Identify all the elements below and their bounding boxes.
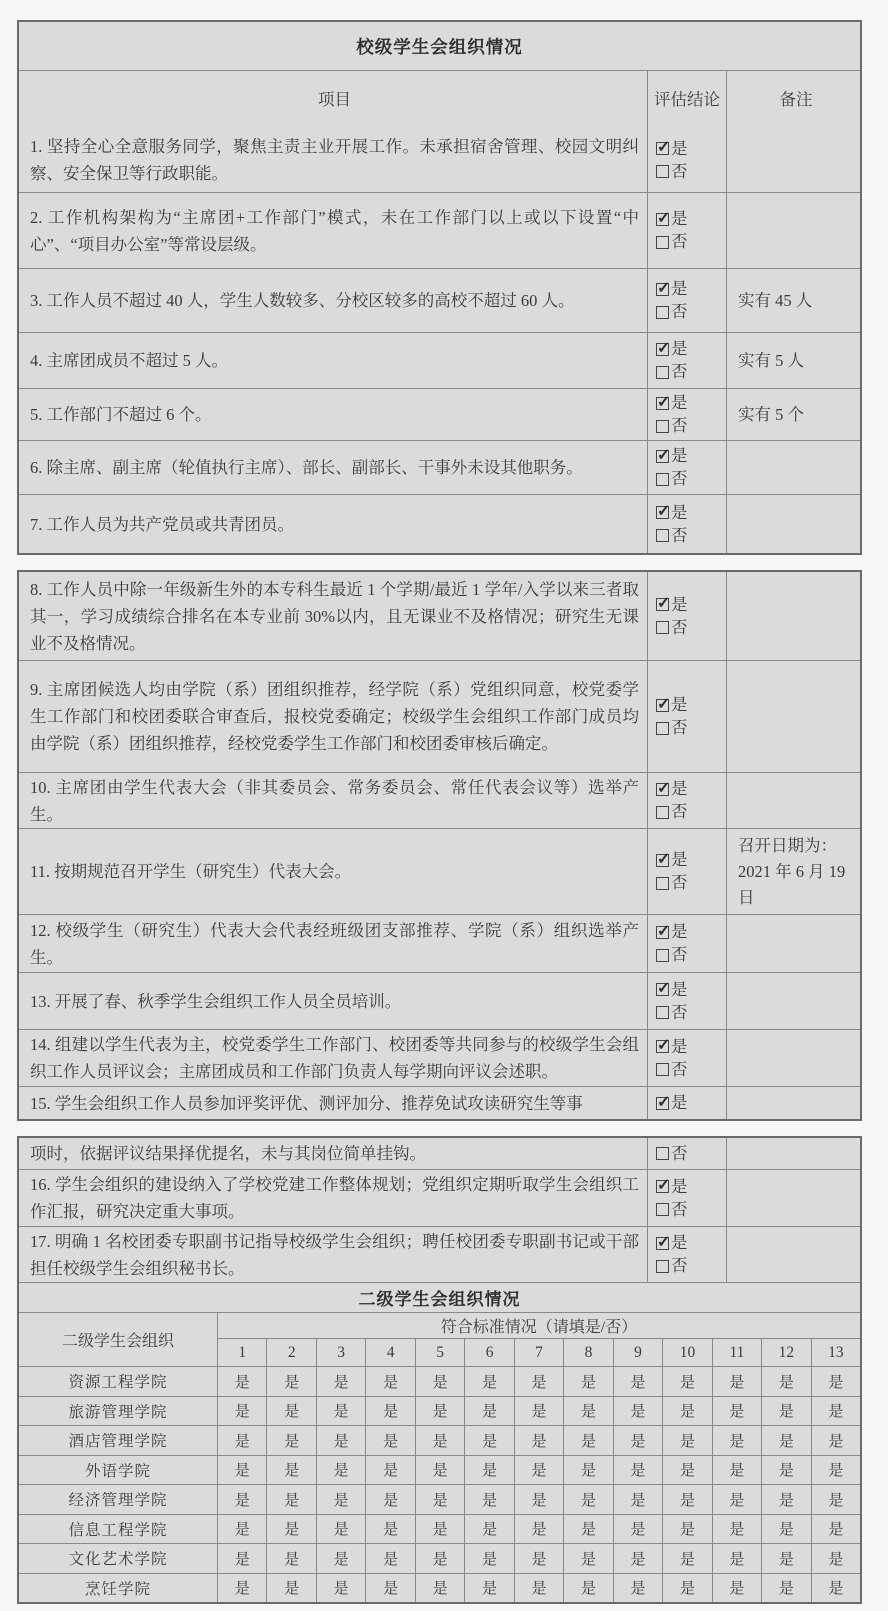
checklist-table-continued-2: 项时，依据评议结果择优提名，未与其岗位简单挂钩。否16. 学生会组织的建设纳入了… [17, 1136, 862, 1604]
college-value: 是 [514, 1397, 563, 1426]
college-value: 是 [316, 1515, 365, 1544]
option-yes[interactable]: 是 [656, 446, 726, 466]
option-yes[interactable]: 是 [656, 209, 726, 229]
option-label: 是 [671, 393, 688, 413]
college-value: 是 [712, 1544, 761, 1573]
item-text: 7. 工作人员为共产党员或共青团员。 [30, 511, 639, 538]
evaluation-cell: 是否 [648, 973, 727, 1029]
checkbox-checked-icon[interactable] [656, 1097, 669, 1110]
college-value: 是 [514, 1367, 563, 1396]
college-table-header: 二级学生会组织 符合标准情况（请填是/否） 12345678910111213 [19, 1312, 860, 1366]
option-label: 否 [671, 232, 688, 252]
option-label: 是 [671, 446, 688, 466]
item-cell: 项时，依据评议结果择优提名，未与其岗位简单挂钩。 [19, 1138, 648, 1169]
college-value: 是 [662, 1397, 711, 1426]
college-value: 是 [266, 1426, 315, 1455]
college-value: 是 [563, 1485, 612, 1514]
option-label: 否 [671, 1003, 688, 1023]
remark-cell [727, 193, 860, 268]
option-no[interactable]: 否 [656, 1003, 726, 1023]
evaluation-cell: 是否 [648, 1170, 727, 1226]
college-value: 是 [316, 1485, 365, 1514]
college-value: 是 [563, 1456, 612, 1485]
option-no[interactable]: 否 [656, 232, 726, 252]
college-value: 是 [761, 1456, 810, 1485]
header-remark-label: 备注 [780, 87, 813, 113]
evaluation-cell: 是否 [648, 915, 727, 972]
college-rows-group: 资源工程学院是是是是是是是是是是是是是旅游管理学院是是是是是是是是是是是是是酒店… [19, 1366, 860, 1602]
option-yes[interactable]: 是 [656, 393, 726, 413]
college-value: 是 [464, 1426, 513, 1455]
option-yes[interactable]: 是 [656, 339, 726, 359]
college-value: 是 [712, 1367, 761, 1396]
college-name: 经济管理学院 [19, 1485, 218, 1514]
college-value: 是 [662, 1574, 711, 1603]
criteria-number: 11 [712, 1339, 761, 1366]
option-yes[interactable]: 是 [656, 1233, 726, 1253]
college-row: 文化艺术学院是是是是是是是是是是是是是 [19, 1543, 860, 1573]
college-value: 是 [712, 1485, 761, 1514]
option-no[interactable]: 否 [656, 1060, 726, 1080]
header-remark-cell: 备注 [727, 71, 860, 128]
college-value: 是 [415, 1574, 464, 1603]
remark-cell [727, 773, 860, 828]
college-value: 是 [464, 1456, 513, 1485]
table-header-row: 项目 评估结论 备注 [19, 70, 860, 128]
college-value: 是 [662, 1485, 711, 1514]
college-name: 烹饪学院 [19, 1574, 218, 1603]
table-row: 5. 工作部门不超过 6 个。是否实有 5 个 [19, 388, 860, 440]
checkbox-empty-icon[interactable] [656, 877, 669, 890]
option-yes[interactable]: 是 [656, 1177, 726, 1197]
remark-cell [727, 1227, 860, 1282]
option-label: 否 [671, 526, 688, 546]
option-no[interactable]: 否 [656, 526, 726, 546]
remark-cell [727, 661, 860, 772]
option-no[interactable]: 否 [656, 945, 726, 965]
option-no[interactable]: 否 [656, 1256, 726, 1276]
college-value: 是 [761, 1544, 810, 1573]
item-text: 11. 按期规范召开学生（研究生）代表大会。 [30, 858, 639, 885]
college-row: 酒店管理学院是是是是是是是是是是是是是 [19, 1425, 860, 1455]
checkbox-checked-icon[interactable] [656, 343, 669, 356]
college-value: 是 [712, 1397, 761, 1426]
item-cell: 14. 组建以学生代表为主，校党委学生工作部门、校团委等共同参与的校级学生会组织… [19, 1030, 648, 1086]
college-row: 烹饪学院是是是是是是是是是是是是是 [19, 1573, 860, 1603]
college-value: 是 [266, 1367, 315, 1396]
checkbox-empty-icon[interactable] [656, 236, 669, 249]
remark-cell [727, 441, 860, 494]
option-label: 是 [671, 1037, 688, 1057]
header-evaluation-cell: 评估结论 [648, 71, 727, 128]
option-no[interactable]: 否 [656, 362, 726, 382]
option-yes[interactable]: 是 [656, 595, 726, 615]
checkbox-empty-icon[interactable] [656, 806, 669, 819]
college-row: 外语学院是是是是是是是是是是是是是 [19, 1455, 860, 1485]
college-value: 是 [365, 1456, 414, 1485]
remark-cell [727, 1087, 860, 1119]
option-label: 否 [671, 873, 688, 893]
header-item-label: 项目 [318, 87, 351, 113]
checkbox-checked-icon[interactable] [656, 926, 669, 939]
item-text: 2. 工作机构架构为“主席团+工作部门”模式，未在工作部门以上或以下设置“中心”… [30, 204, 639, 258]
option-no[interactable]: 否 [656, 718, 726, 738]
criteria-number: 13 [811, 1339, 860, 1366]
option-no[interactable]: 否 [656, 416, 726, 436]
item-cell: 15. 学生会组织工作人员参加评奖评优、测评加分、推荐免试攻读研究生等事 [19, 1087, 648, 1119]
college-value: 是 [811, 1544, 860, 1573]
evaluation-cell: 是否 [648, 572, 727, 660]
table-row: 13. 开展了春、秋季学生会组织工作人员全员培训。是否 [19, 972, 860, 1029]
college-value: 是 [514, 1456, 563, 1485]
college-value: 是 [563, 1397, 612, 1426]
checkbox-empty-icon[interactable] [656, 473, 669, 486]
header-evaluation-label: 评估结论 [654, 87, 720, 113]
criteria-number: 1 [218, 1339, 266, 1366]
option-no[interactable]: 否 [656, 469, 726, 489]
table-row: 8. 工作人员中除一年级新生外的本专科生最近 1 个学期/最近 1 学年/入学以… [19, 572, 860, 660]
checkbox-checked-icon[interactable] [656, 283, 669, 296]
table-row: 1. 坚持全心全意服务同学，聚焦主责主业开展工作。未承担宿舍管理、校园文明纠察、… [19, 128, 860, 192]
table-row: 11. 按期规范召开学生（研究生）代表大会。是否召开日期为：2021 年 6 月… [19, 828, 860, 914]
college-value: 是 [514, 1485, 563, 1514]
college-value: 是 [712, 1426, 761, 1455]
option-no[interactable]: 否 [656, 1200, 726, 1220]
option-label: 否 [671, 1256, 688, 1276]
checkbox-checked-icon[interactable] [656, 598, 669, 611]
table-row: 4. 主席团成员不超过 5 人。是否实有 5 人 [19, 332, 860, 388]
option-label: 否 [671, 802, 688, 822]
college-value: 是 [514, 1544, 563, 1573]
college-value: 是 [662, 1426, 711, 1455]
college-value: 是 [218, 1485, 266, 1514]
item-cell: 8. 工作人员中除一年级新生外的本专科生最近 1 个学期/最近 1 学年/入学以… [19, 572, 648, 660]
college-value: 是 [662, 1367, 711, 1396]
college-value: 是 [266, 1456, 315, 1485]
item-text: 4. 主席团成员不超过 5 人。 [30, 347, 639, 374]
item-text: 16. 学生会组织的建设纳入了学校党建工作整体规划；党组织定期听取学生会组织工作… [30, 1171, 639, 1225]
checkbox-checked-icon[interactable] [656, 983, 669, 996]
college-value: 是 [218, 1397, 266, 1426]
checkbox-empty-icon[interactable] [656, 1260, 669, 1273]
option-label: 是 [671, 1177, 688, 1197]
criteria-number: 3 [316, 1339, 365, 1366]
item-text: 6. 除主席、副主席（轮值执行主席）、部长、副部长、干事外未设其他职务。 [30, 454, 639, 481]
option-label: 否 [671, 416, 688, 436]
option-label: 是 [671, 850, 688, 870]
evaluation-cell: 是否 [648, 333, 727, 388]
option-label: 是 [671, 339, 688, 359]
option-yes[interactable]: 是 [656, 1093, 726, 1113]
college-value: 是 [563, 1367, 612, 1396]
evaluation-cell: 否 [648, 1138, 727, 1169]
option-label: 否 [671, 302, 688, 322]
remark-text: 实有 5 个 [738, 402, 804, 428]
option-label: 是 [671, 695, 688, 715]
option-yes[interactable]: 是 [656, 1037, 726, 1057]
option-label: 否 [671, 162, 688, 182]
remark-text: 实有 45 人 [738, 288, 812, 314]
remark-cell: 实有 45 人 [727, 269, 860, 332]
table-row: 12. 校级学生（研究生）代表大会代表经班级团支部推荐、学院（系）组织选举产生。… [19, 914, 860, 972]
option-no[interactable]: 否 [656, 302, 726, 322]
remark-text: 召开日期为：2021 年 6 月 19 日 [738, 833, 854, 911]
option-label: 否 [671, 618, 688, 638]
college-value: 是 [218, 1515, 266, 1544]
college-value: 是 [613, 1544, 662, 1573]
item-cell: 9. 主席团候选人均由学院（系）团组织推荐，经学院（系）党组织同意，校党委学生工… [19, 661, 648, 772]
checkbox-checked-icon[interactable] [656, 783, 669, 796]
college-value: 是 [415, 1456, 464, 1485]
university-student-union-table: 校级学生会组织情况 项目 评估结论 备注 1. 坚持全心全意服务同学，聚焦主责主… [17, 20, 862, 555]
option-label: 否 [671, 1200, 688, 1220]
college-value: 是 [613, 1456, 662, 1485]
remark-cell [727, 1170, 860, 1226]
college-value: 是 [761, 1397, 810, 1426]
option-yes[interactable]: 是 [656, 503, 726, 523]
item-cell: 12. 校级学生（研究生）代表大会代表经班级团支部推荐、学院（系）组织选举产生。 [19, 915, 648, 972]
table-row: 7. 工作人员为共产党员或共青团员。是否 [19, 494, 860, 553]
college-value: 是 [811, 1426, 860, 1455]
item-cell: 1. 坚持全心全意服务同学，聚焦主责主业开展工作。未承担宿舍管理、校园文明纠察、… [19, 128, 648, 192]
college-value: 是 [266, 1485, 315, 1514]
item-text: 9. 主席团候选人均由学院（系）团组织推荐，经学院（系）党组织同意，校党委学生工… [30, 676, 639, 757]
document-page: { "colors": { "page_bg": "#f6f6f6", "tab… [0, 0, 888, 1611]
checkbox-checked-icon[interactable] [656, 1180, 669, 1193]
evaluation-cell: 是否 [648, 661, 727, 772]
option-label: 是 [671, 1233, 688, 1253]
option-no[interactable]: 否 [656, 162, 726, 182]
checkbox-checked-icon[interactable] [656, 397, 669, 410]
college-value: 是 [464, 1397, 513, 1426]
college-value: 是 [712, 1574, 761, 1603]
college-value: 是 [514, 1574, 563, 1603]
college-value: 是 [316, 1574, 365, 1603]
college-row: 资源工程学院是是是是是是是是是是是是是 [19, 1366, 860, 1396]
option-no[interactable]: 否 [656, 802, 726, 822]
college-value: 是 [761, 1515, 810, 1544]
option-yes[interactable]: 是 [656, 139, 726, 159]
college-value: 是 [415, 1485, 464, 1514]
evaluation-cell: 是否 [648, 128, 727, 192]
evaluation-cell: 是否 [648, 269, 727, 332]
college-value: 是 [662, 1544, 711, 1573]
option-yes[interactable]: 是 [656, 279, 726, 299]
college-value: 是 [761, 1426, 810, 1455]
checkbox-checked-icon[interactable] [656, 1237, 669, 1250]
checkbox-empty-icon[interactable] [656, 621, 669, 634]
college-name: 文化艺术学院 [19, 1544, 218, 1573]
remark-cell: 召开日期为：2021 年 6 月 19 日 [727, 829, 860, 914]
college-value: 是 [415, 1426, 464, 1455]
header-item-cell: 项目 [19, 71, 648, 128]
item-text: 13. 开展了春、秋季学生会组织工作人员全员培训。 [30, 988, 639, 1015]
rows-group-1: 1. 坚持全心全意服务同学，聚焦主责主业开展工作。未承担宿舍管理、校园文明纠察、… [19, 128, 860, 553]
college-number-header-row: 12345678910111213 [218, 1339, 860, 1366]
college-row: 旅游管理学院是是是是是是是是是是是是是 [19, 1396, 860, 1426]
item-text: 8. 工作人员中除一年级新生外的本专科生最近 1 个学期/最近 1 学年/入学以… [30, 576, 639, 657]
remark-cell [727, 1138, 860, 1169]
item-cell: 3. 工作人员不超过 40 人，学生人数较多、分校区较多的高校不超过 60 人。 [19, 269, 648, 332]
checkbox-empty-icon[interactable] [656, 420, 669, 433]
table-row: 9. 主席团候选人均由学院（系）团组织推荐，经学院（系）党组织同意，校党委学生工… [19, 660, 860, 772]
table-row: 17. 明确 1 名校团委专职副书记指导校级学生会组织；聘任校团委专职副书记或干… [19, 1226, 860, 1282]
remark-cell [727, 572, 860, 660]
college-section-title: 二级学生会组织情况 [19, 1282, 860, 1312]
college-value: 是 [415, 1367, 464, 1396]
item-text: 14. 组建以学生代表为主，校党委学生工作部门、校团委等共同参与的校级学生会组织… [30, 1031, 639, 1085]
criteria-number: 10 [662, 1339, 711, 1366]
item-cell: 7. 工作人员为共产党员或共青团员。 [19, 495, 648, 553]
college-value: 是 [613, 1574, 662, 1603]
evaluation-cell: 是 [648, 1087, 727, 1119]
remark-cell [727, 128, 860, 192]
college-value: 是 [613, 1485, 662, 1514]
college-value: 是 [613, 1367, 662, 1396]
college-row: 信息工程学院是是是是是是是是是是是是是 [19, 1514, 860, 1544]
checkbox-checked-icon[interactable] [656, 699, 669, 712]
college-value: 是 [563, 1515, 612, 1544]
checkbox-empty-icon[interactable] [656, 1063, 669, 1076]
checkbox-checked-icon[interactable] [656, 213, 669, 226]
option-yes[interactable]: 是 [656, 980, 726, 1000]
college-name: 旅游管理学院 [19, 1397, 218, 1426]
evaluation-cell: 是否 [648, 193, 727, 268]
item-text: 3. 工作人员不超过 40 人，学生人数较多、分校区较多的高校不超过 60 人。 [30, 287, 639, 314]
college-value: 是 [761, 1485, 810, 1514]
option-yes[interactable]: 是 [656, 850, 726, 870]
checkbox-empty-icon[interactable] [656, 1147, 669, 1160]
option-label: 是 [671, 922, 688, 942]
college-value: 是 [218, 1544, 266, 1573]
option-label: 是 [671, 595, 688, 615]
college-value: 是 [662, 1515, 711, 1544]
college-value: 是 [464, 1574, 513, 1603]
remark-cell [727, 1030, 860, 1086]
checkbox-empty-icon[interactable] [656, 949, 669, 962]
option-no[interactable]: 否 [656, 873, 726, 893]
checkbox-checked-icon[interactable] [656, 450, 669, 463]
remark-cell: 实有 5 个 [727, 389, 860, 440]
item-cell: 10. 主席团由学生代表大会（非其委员会、常务委员会、常任代表会议等）选举产生。 [19, 773, 648, 828]
criteria-number: 12 [761, 1339, 810, 1366]
college-value: 是 [365, 1367, 414, 1396]
checkbox-empty-icon[interactable] [656, 165, 669, 178]
checkbox-checked-icon[interactable] [656, 142, 669, 155]
college-value: 是 [514, 1426, 563, 1455]
option-label: 否 [671, 1144, 688, 1164]
form-page: 校级学生会组织情况 项目 评估结论 备注 1. 坚持全心全意服务同学，聚焦主责主… [17, 20, 862, 1604]
evaluation-cell: 是否 [648, 829, 727, 914]
remark-cell [727, 973, 860, 1029]
option-label: 是 [671, 980, 688, 1000]
college-value: 是 [563, 1574, 612, 1603]
college-value: 是 [563, 1426, 612, 1455]
college-value: 是 [464, 1367, 513, 1396]
college-value: 是 [365, 1544, 414, 1573]
item-cell: 17. 明确 1 名校团委专职副书记指导校级学生会组织；聘任校团委专职副书记或干… [19, 1227, 648, 1282]
rows-group-2: 8. 工作人员中除一年级新生外的本专科生最近 1 个学期/最近 1 学年/入学以… [19, 572, 860, 1119]
item-text: 12. 校级学生（研究生）代表大会代表经班级团支部推荐、学院（系）组织选举产生。 [30, 917, 639, 971]
college-value: 是 [365, 1485, 414, 1514]
college-value: 是 [811, 1574, 860, 1603]
college-value: 是 [365, 1574, 414, 1603]
item-text: 5. 工作部门不超过 6 个。 [30, 401, 639, 428]
criteria-number: 5 [415, 1339, 464, 1366]
evaluation-cell: 是否 [648, 1030, 727, 1086]
item-text: 10. 主席团由学生代表大会（非其委员会、常务委员会、常任代表会议等）选举产生。 [30, 774, 639, 828]
college-value: 是 [365, 1515, 414, 1544]
college-value: 是 [266, 1515, 315, 1544]
option-yes[interactable]: 是 [656, 779, 726, 799]
college-value: 是 [218, 1426, 266, 1455]
option-label: 是 [671, 779, 688, 799]
item-cell: 16. 学生会组织的建设纳入了学校党建工作整体规划；党组织定期听取学生会组织工作… [19, 1170, 648, 1226]
option-label: 是 [671, 139, 688, 159]
checkbox-checked-icon[interactable] [656, 854, 669, 867]
college-value: 是 [218, 1574, 266, 1603]
college-value: 是 [415, 1544, 464, 1573]
option-label: 是 [671, 1093, 688, 1113]
option-label: 否 [671, 469, 688, 489]
remark-cell: 实有 5 人 [727, 333, 860, 388]
college-row: 经济管理学院是是是是是是是是是是是是是 [19, 1484, 860, 1514]
checkbox-empty-icon[interactable] [656, 1006, 669, 1019]
checkbox-empty-icon[interactable] [656, 722, 669, 735]
remark-cell [727, 495, 860, 553]
college-value: 是 [365, 1426, 414, 1455]
criteria-number: 4 [365, 1339, 414, 1366]
section-title-text: 校级学生会组织情况 [356, 34, 523, 59]
option-label: 否 [671, 718, 688, 738]
college-value: 是 [662, 1456, 711, 1485]
criteria-number: 9 [613, 1339, 662, 1366]
table-row: 项时，依据评议结果择优提名，未与其岗位简单挂钩。否 [19, 1138, 860, 1169]
college-value: 是 [464, 1515, 513, 1544]
evaluation-cell: 是否 [648, 441, 727, 494]
rows-group-3: 项时，依据评议结果择优提名，未与其岗位简单挂钩。否16. 学生会组织的建设纳入了… [19, 1138, 860, 1282]
college-value: 是 [563, 1544, 612, 1573]
college-value: 是 [811, 1367, 860, 1396]
checkbox-empty-icon[interactable] [656, 306, 669, 319]
college-value: 是 [613, 1397, 662, 1426]
college-value: 是 [316, 1456, 365, 1485]
option-yes[interactable]: 是 [656, 922, 726, 942]
table-row: 3. 工作人员不超过 40 人，学生人数较多、分校区较多的高校不超过 60 人。… [19, 268, 860, 332]
checkbox-checked-icon[interactable] [656, 506, 669, 519]
section-title: 校级学生会组织情况 [19, 22, 860, 70]
criteria-number: 6 [464, 1339, 513, 1366]
college-value: 是 [613, 1515, 662, 1544]
college-org-header: 二级学生会组织 [19, 1313, 218, 1366]
college-value: 是 [415, 1515, 464, 1544]
college-criteria-header: 符合标准情况（请填是/否） [218, 1313, 860, 1339]
option-label: 是 [671, 279, 688, 299]
college-value: 是 [811, 1485, 860, 1514]
option-no[interactable]: 否 [656, 618, 726, 638]
checkbox-checked-icon[interactable] [656, 1040, 669, 1053]
college-value: 是 [365, 1397, 414, 1426]
item-text: 15. 学生会组织工作人员参加评奖评优、测评加分、推荐免试攻读研究生等事 [30, 1090, 639, 1117]
table-row: 16. 学生会组织的建设纳入了学校党建工作整体规划；党组织定期听取学生会组织工作… [19, 1169, 860, 1226]
option-label: 是 [671, 209, 688, 229]
checkbox-empty-icon[interactable] [656, 1203, 669, 1216]
checkbox-empty-icon[interactable] [656, 366, 669, 379]
option-yes[interactable]: 是 [656, 695, 726, 715]
checkbox-empty-icon[interactable] [656, 529, 669, 542]
college-value: 是 [316, 1397, 365, 1426]
option-no[interactable]: 否 [656, 1144, 726, 1164]
